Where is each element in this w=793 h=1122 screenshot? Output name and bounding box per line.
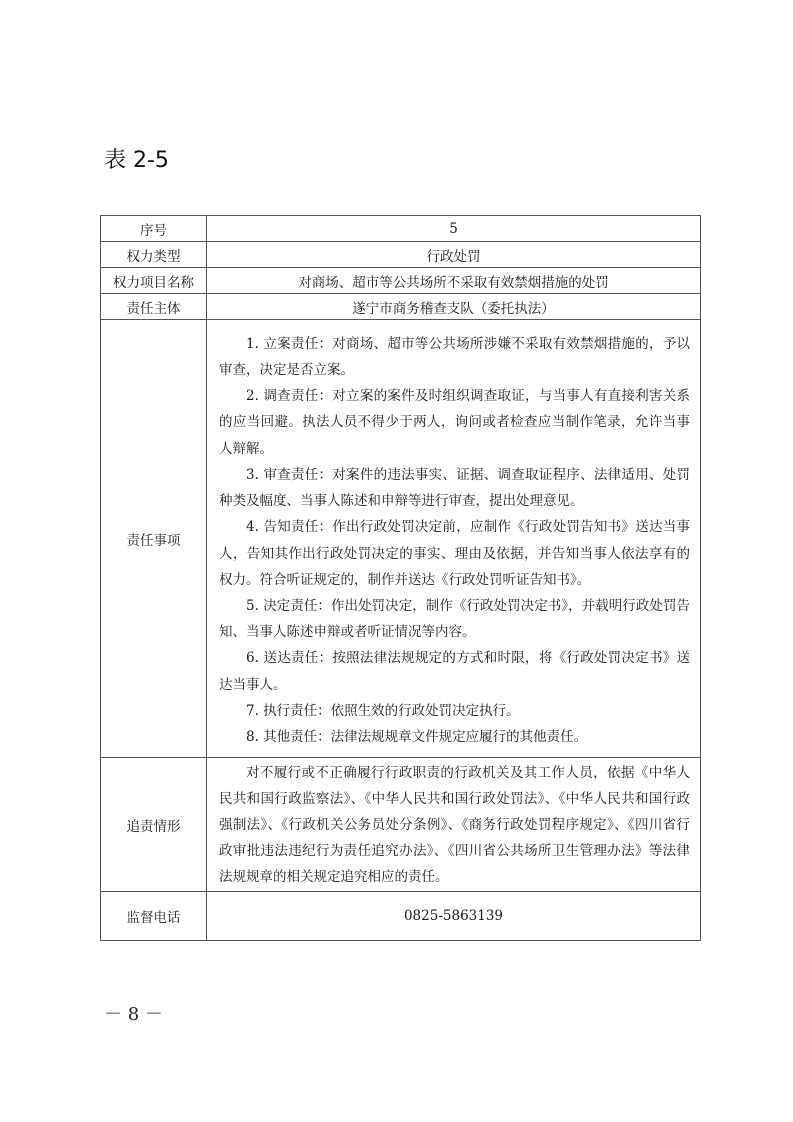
phone-number: 0825-5863139 <box>207 892 701 941</box>
accountability-block: 对不履行或不正确履行行政职责的行政机关及其工作人员，依据《中华人民共和国行政监察… <box>207 760 700 890</box>
table-row-power-item-name: 权力项目名称 对商场、超市等公共场所不采取有效禁烟措施的处罚 <box>101 268 701 294</box>
duty-item: 8. 其他责任：法律法规规章文件规定应履行的其他责任。 <box>219 724 690 750</box>
responsibility-table: 序号 5 权力类型 行政处罚 权力项目名称 对商场、超市等公共场所不采取有效禁烟… <box>100 215 701 941</box>
table-row-duties: 责任事项 1. 立案责任：对商场、超市等公共场所涉嫌不采取有效禁烟措施的，予以审… <box>101 320 701 758</box>
table-row-accountability: 追责情形 对不履行或不正确履行行政职责的行政机关及其工作人员，依据《中华人民共和… <box>101 758 701 892</box>
duty-item: 3. 审查责任：对案件的违法事实、证据、调查取证程序、法律适用、处罚种类及幅度、… <box>219 462 690 514</box>
duty-item: 2. 调查责任：对立案的案件及时组织调查取证，与当事人有直接利害关系的应当回避。… <box>219 383 690 462</box>
duty-item: 7. 执行责任：依照生效的行政处罚决定执行。 <box>219 698 690 724</box>
row-value: 对商场、超市等公共场所不采取有效禁烟措施的处罚 <box>207 268 701 294</box>
row-label: 权力项目名称 <box>101 268 207 294</box>
row-value: 5 <box>207 216 701 242</box>
duty-item: 1. 立案责任：对商场、超市等公共场所涉嫌不采取有效禁烟措施的，予以审查，决定是… <box>219 331 690 383</box>
row-label: 监督电话 <box>101 892 207 941</box>
row-label: 追责情形 <box>101 758 207 892</box>
accountability-text: 对不履行或不正确履行行政职责的行政机关及其工作人员，依据《中华人民共和国行政监察… <box>219 760 690 890</box>
duty-item: 4. 告知责任：作出行政处罚决定前，应制作《行政处罚告知书》送达当事人，告知其作… <box>219 514 690 593</box>
duty-item: 6. 送达责任：按照法律法规规定的方式和时限，将《行政处罚决定书》送达当事人。 <box>219 645 690 697</box>
duties-list: 1. 立案责任：对商场、超市等公共场所涉嫌不采取有效禁烟措施的，予以审查，决定是… <box>207 327 700 750</box>
table-title: 表 2-5 <box>104 143 169 174</box>
row-label: 责任事项 <box>101 320 207 758</box>
table-row-serial: 序号 5 <box>101 216 701 242</box>
row-label: 责任主体 <box>101 294 207 320</box>
duty-item: 5. 决定责任：作出处罚决定，制作《行政处罚决定书》，并载明行政处罚告知、当事人… <box>219 593 690 645</box>
table-row-responsible-entity: 责任主体 遂宁市商务稽查支队（委托执法） <box>101 294 701 320</box>
accountability-cell: 对不履行或不正确履行行政职责的行政机关及其工作人员，依据《中华人民共和国行政监察… <box>207 758 701 892</box>
row-label: 序号 <box>101 216 207 242</box>
row-value: 遂宁市商务稽查支队（委托执法） <box>207 294 701 320</box>
table-row-power-type: 权力类型 行政处罚 <box>101 242 701 268</box>
row-label: 权力类型 <box>101 242 207 268</box>
row-value: 行政处罚 <box>207 242 701 268</box>
page-number: － 8 － <box>104 1000 163 1026</box>
duties-cell: 1. 立案责任：对商场、超市等公共场所涉嫌不采取有效禁烟措施的，予以审查，决定是… <box>207 320 701 758</box>
table-row-phone: 监督电话 0825-5863139 <box>101 892 701 941</box>
